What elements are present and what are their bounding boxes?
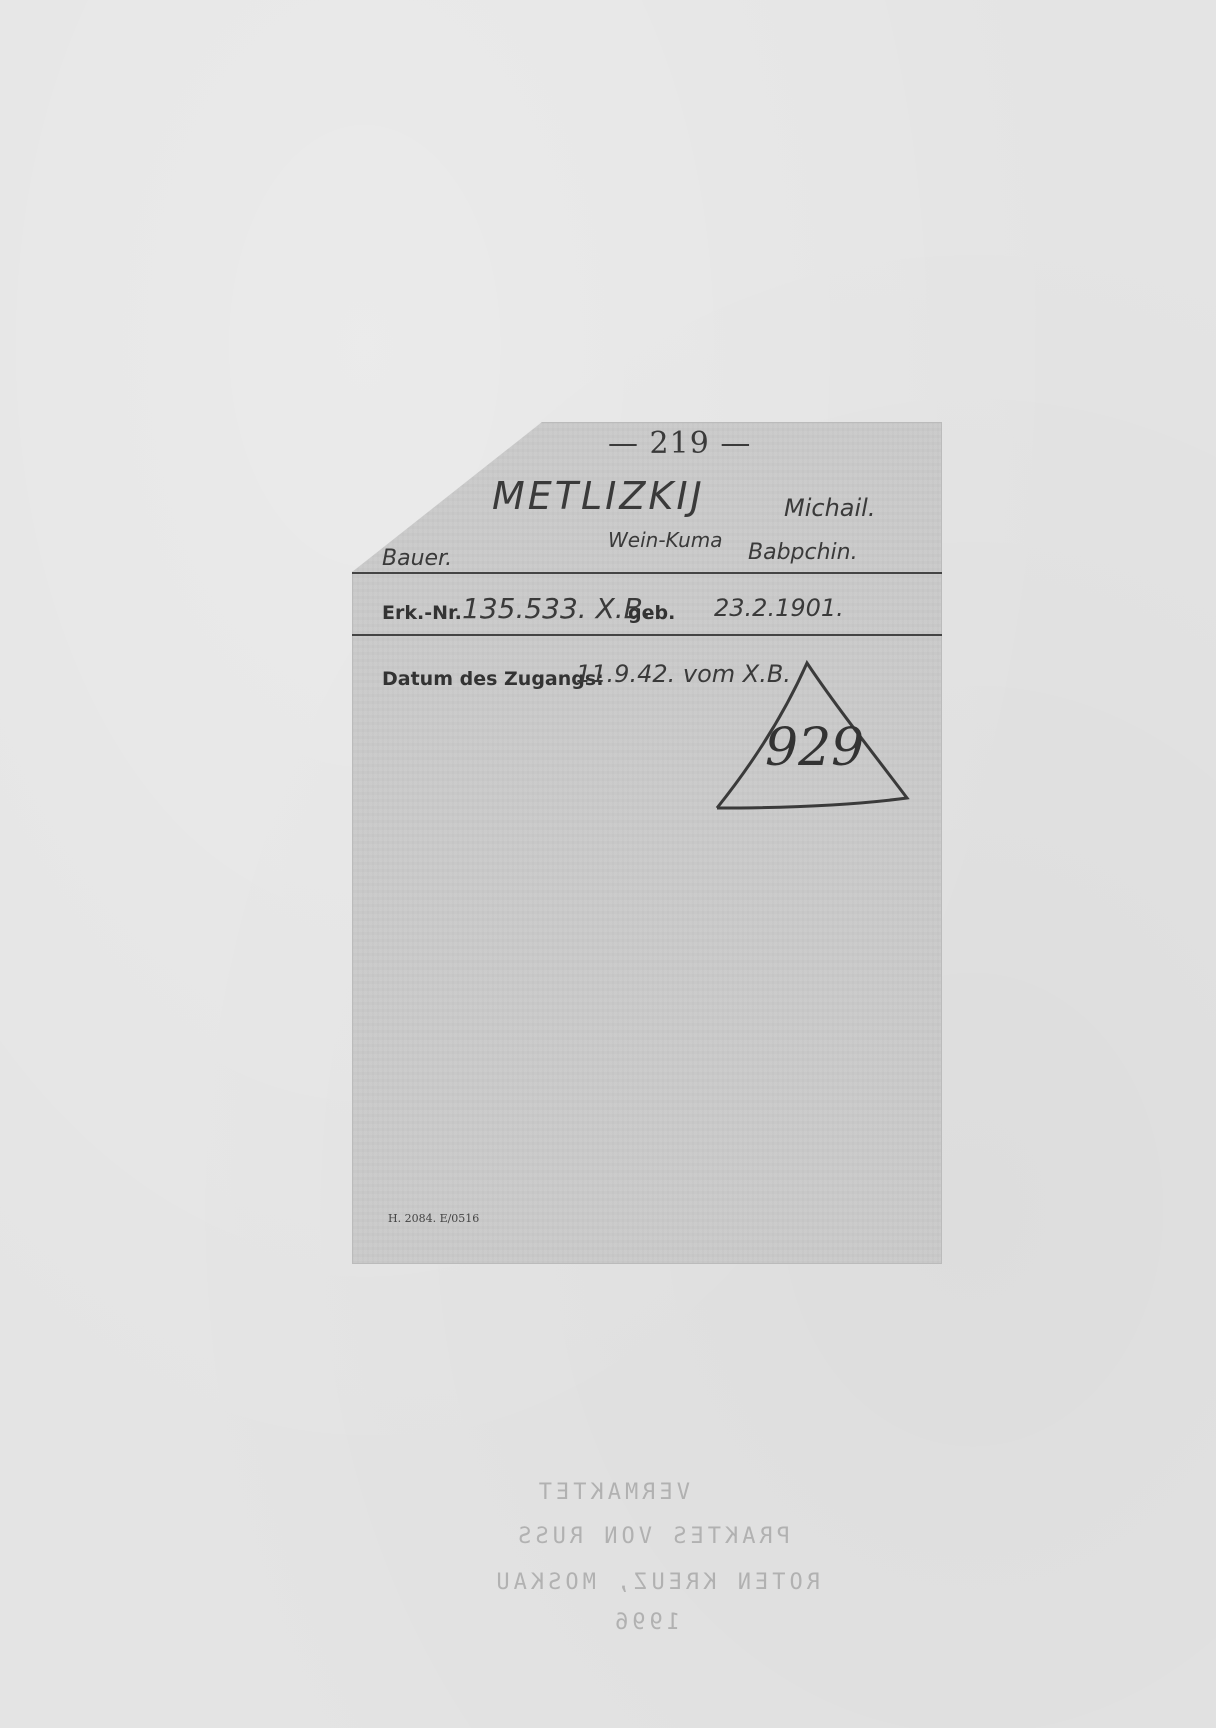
erk-nr-label: Erk.-Nr. bbox=[382, 602, 462, 624]
first-name: Michail. bbox=[784, 494, 875, 522]
datum-des-zugangs-label: Datum des Zugangs: bbox=[382, 668, 604, 690]
bleed-line: PRAKTES VON RUSS bbox=[514, 1524, 790, 1549]
index-card: — 219 — METLIZKIJ Michail. Wein-Kuma Bau… bbox=[352, 422, 942, 1264]
bleed-line: VERMAKTET bbox=[535, 1480, 690, 1505]
scanned-page: — 219 — METLIZKIJ Michail. Wein-Kuma Bau… bbox=[0, 0, 1216, 1728]
patronymic: Wein-Kuma bbox=[608, 528, 723, 552]
bleed-through-text: VERMAKTET PRAKTES VON RUSS ROTEN KREUZ, … bbox=[230, 1480, 830, 1640]
form-code: H. 2084. E/0516 bbox=[388, 1212, 479, 1225]
occupation: Bauer. bbox=[382, 546, 452, 571]
divider-middle bbox=[352, 634, 942, 636]
geb-label: geb. bbox=[628, 602, 675, 624]
surname: METLIZKIJ bbox=[492, 474, 705, 518]
birth-date: 23.2.1901. bbox=[714, 594, 844, 622]
place-of-birth: Babpchin. bbox=[748, 540, 858, 565]
divider-top bbox=[352, 572, 942, 574]
triangle-stamp: 929 bbox=[707, 658, 917, 818]
erk-nr-value: 135.533. X.B. bbox=[462, 592, 652, 625]
triangle-number: 929 bbox=[765, 718, 864, 778]
bleed-line: 1996 bbox=[611, 1610, 680, 1635]
bleed-line: ROTEN KREUZ, MOSKAU bbox=[492, 1570, 820, 1595]
serial-number: — 219 — bbox=[608, 426, 751, 461]
